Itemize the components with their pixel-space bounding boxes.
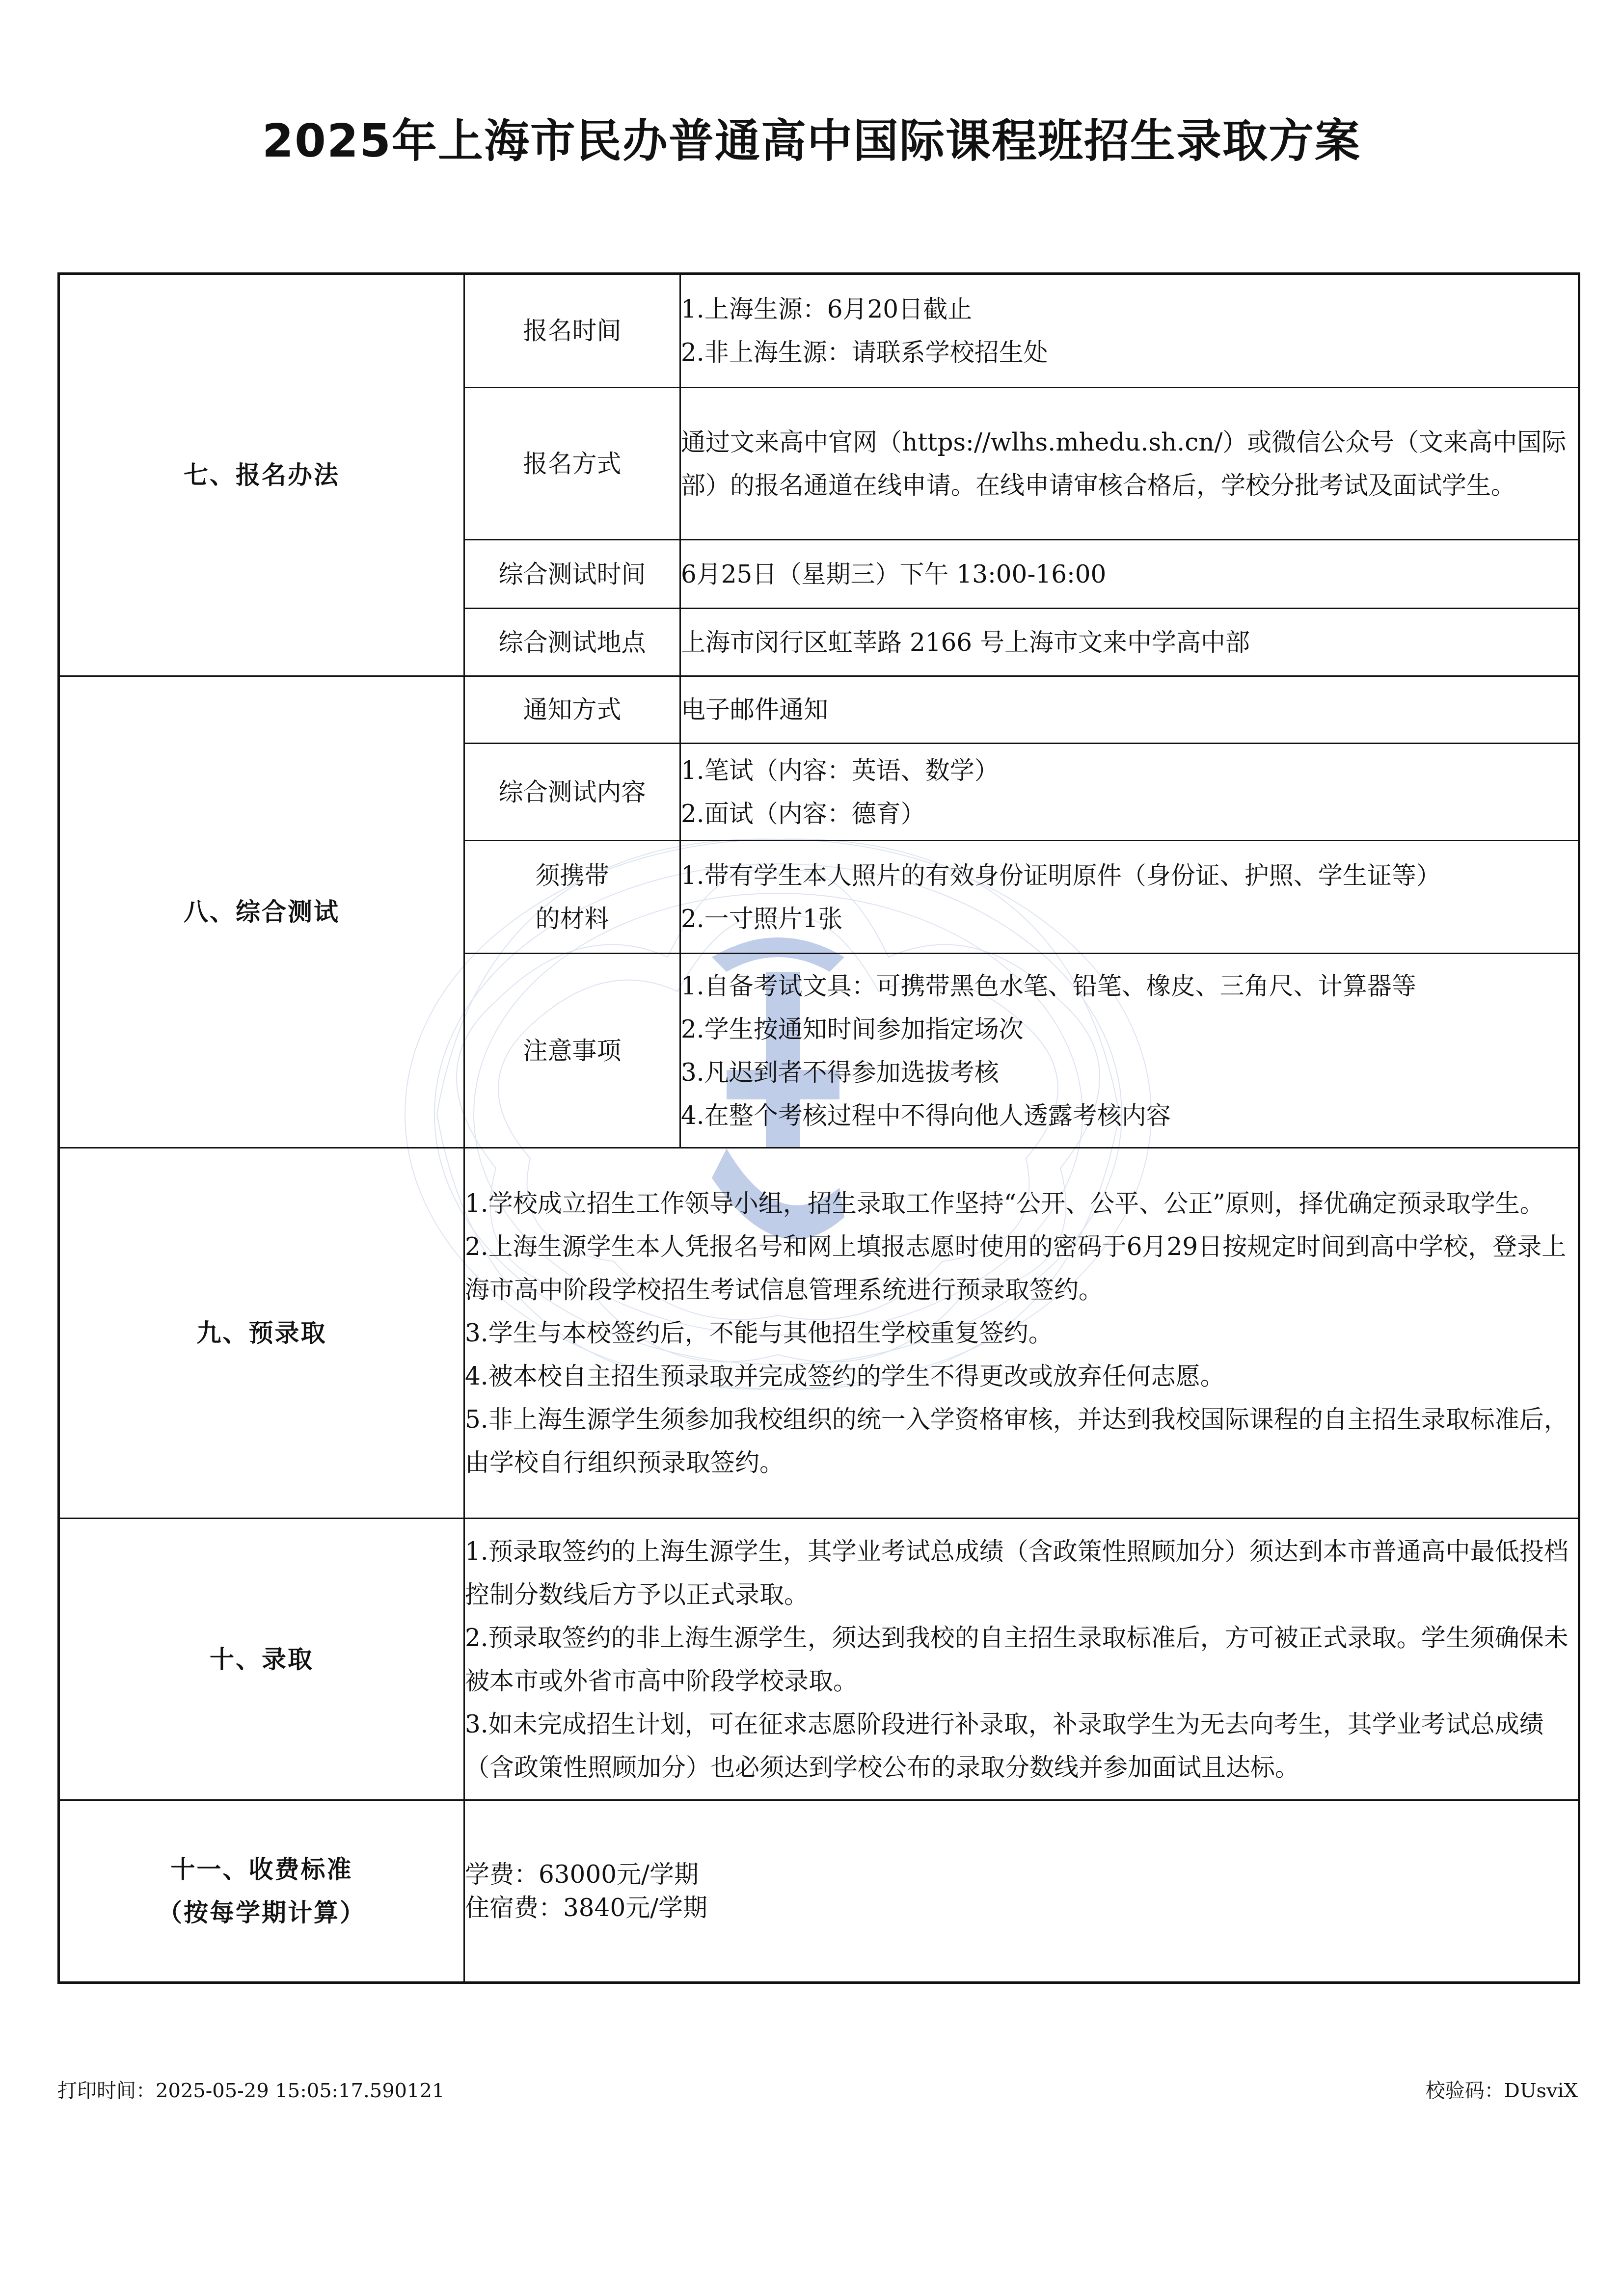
section-heading-comprehensive-test: 八、综合测试 xyxy=(59,676,464,1148)
label-line: 须携带 xyxy=(465,854,679,897)
content-line: 1.自备考试文具：可携带黑色水笔、铅笔、橡皮、三角尺、计算器等 xyxy=(681,964,1578,1008)
accommodation-fee: 住宿费：3840元/学期 xyxy=(465,1891,1578,1924)
content-line: 上海市闵行区虹莘路 2166 号上海市文来中学高中部 xyxy=(681,621,1578,664)
content-line: 2.学生按通知时间参加指定场次 xyxy=(681,1008,1578,1051)
heading-line: 十一、收费标准 xyxy=(60,1848,463,1891)
section-heading-fees: 十一、收费标准 （按每学期计算） xyxy=(59,1800,464,1983)
row-label: 注意事项 xyxy=(464,954,680,1148)
row-content: 1.笔试（内容：英语、数学） 2.面试（内容：德育） xyxy=(680,744,1579,841)
content-line: 1.上海生源：6月20日截止 xyxy=(681,288,1578,331)
section-heading-registration: 七、报名办法 xyxy=(59,274,464,676)
table-row: 九、预录取 1.学校成立招生工作领导小组，招生录取工作坚持“公开、公平、公正”原… xyxy=(59,1148,1579,1519)
tuition-fee: 学费：63000元/学期 xyxy=(465,1858,1578,1891)
check-code: 校验码：DUsviX xyxy=(1426,2079,1578,2103)
section-heading-pre-admission: 九、预录取 xyxy=(59,1148,464,1519)
content-line: 1.带有学生本人照片的有效身份证明原件（身份证、护照、学生证等） xyxy=(681,854,1578,897)
content-line: 通过文来高中官网（https://wlhs.mhedu.sh.cn/）或微信公众… xyxy=(681,421,1578,507)
row-content: 学费：63000元/学期 住宿费：3840元/学期 xyxy=(464,1800,1579,1983)
content-line: 1.预录取签约的上海生源学生，其学业考试总成绩（含政策性照顾加分）须达到本市普通… xyxy=(465,1530,1578,1616)
content-line: 2.非上海生源：请联系学校招生处 xyxy=(681,331,1578,374)
content-line: 3.如未完成招生计划，可在征求志愿阶段进行补录取，补录取学生为无去向考生，其学业… xyxy=(465,1703,1578,1789)
row-content: 电子邮件通知 xyxy=(680,676,1579,744)
content-line: 6月25日（星期三）下午 13:00-16:00 xyxy=(681,553,1578,596)
section-heading-admission: 十、录取 xyxy=(59,1519,464,1800)
content-line: 4.被本校自主招生预录取并完成签约的学生不得更改或放弃任何志愿。 xyxy=(465,1355,1578,1398)
table-row: 八、综合测试 通知方式 电子邮件通知 xyxy=(59,676,1579,744)
content-line: 5.非上海生源学生须参加我校组织的统一入学资格审核，并达到我校国际课程的自主招生… xyxy=(465,1398,1578,1484)
content-line: 4.在整个考核过程中不得向他人透露考核内容 xyxy=(681,1094,1578,1137)
content-line: 2.一寸照片1张 xyxy=(681,897,1578,940)
row-label: 综合测试时间 xyxy=(464,540,680,609)
table-row: 十、录取 1.预录取签约的上海生源学生，其学业考试总成绩（含政策性照顾加分）须达… xyxy=(59,1519,1579,1800)
content-line: 电子邮件通知 xyxy=(681,688,1578,731)
row-label: 综合测试地点 xyxy=(464,609,680,676)
row-label: 报名时间 xyxy=(464,274,680,388)
label-line: 的材料 xyxy=(465,897,679,940)
row-content: 6月25日（星期三）下午 13:00-16:00 xyxy=(680,540,1579,609)
content-line: 1.笔试（内容：英语、数学） xyxy=(681,749,1578,792)
row-label: 报名方式 xyxy=(464,388,680,540)
row-content: 通过文来高中官网（https://wlhs.mhedu.sh.cn/）或微信公众… xyxy=(680,388,1579,540)
print-time: 打印时间：2025-05-29 15:05:17.590121 xyxy=(57,2079,444,2103)
admission-plan-table: 七、报名办法 报名时间 1.上海生源：6月20日截止 2.非上海生源：请联系学校… xyxy=(57,272,1580,1984)
row-label: 通知方式 xyxy=(464,676,680,744)
row-content: 1.预录取签约的上海生源学生，其学业考试总成绩（含政策性照顾加分）须达到本市普通… xyxy=(464,1519,1579,1800)
content-line: 2.上海生源学生本人凭报名号和网上填报志愿时使用的密码于6月29日按规定时间到高… xyxy=(465,1225,1578,1311)
row-content: 1.带有学生本人照片的有效身份证明原件（身份证、护照、学生证等） 2.一寸照片1… xyxy=(680,841,1579,954)
heading-line: （按每学期计算） xyxy=(60,1891,463,1934)
page-title: 2025年上海市民办普通高中国际课程班招生录取方案 xyxy=(0,112,1623,171)
content-line: 3.学生与本校签约后，不能与其他招生学校重复签约。 xyxy=(465,1311,1578,1355)
content-line: 2.预录取签约的非上海生源学生，须达到我校的自主招生录取标准后，方可被正式录取。… xyxy=(465,1616,1578,1703)
content-line: 1.学校成立招生工作领导小组，招生录取工作坚持“公开、公平、公正”原则，择优确定… xyxy=(465,1182,1578,1225)
table-row: 七、报名办法 报名时间 1.上海生源：6月20日截止 2.非上海生源：请联系学校… xyxy=(59,274,1579,388)
row-content: 1.自备考试文具：可携带黑色水笔、铅笔、橡皮、三角尺、计算器等 2.学生按通知时… xyxy=(680,954,1579,1148)
row-label: 综合测试内容 xyxy=(464,744,680,841)
table-row: 十一、收费标准 （按每学期计算） 学费：63000元/学期 住宿费：3840元/… xyxy=(59,1800,1579,1983)
row-content: 1.上海生源：6月20日截止 2.非上海生源：请联系学校招生处 xyxy=(680,274,1579,388)
content-line: 2.面试（内容：德育） xyxy=(681,792,1578,835)
row-content: 1.学校成立招生工作领导小组，招生录取工作坚持“公开、公平、公正”原则，择优确定… xyxy=(464,1148,1579,1519)
content-line: 3.凡迟到者不得参加选拔考核 xyxy=(681,1051,1578,1094)
row-label: 须携带 的材料 xyxy=(464,841,680,954)
row-content: 上海市闵行区虹莘路 2166 号上海市文来中学高中部 xyxy=(680,609,1579,676)
